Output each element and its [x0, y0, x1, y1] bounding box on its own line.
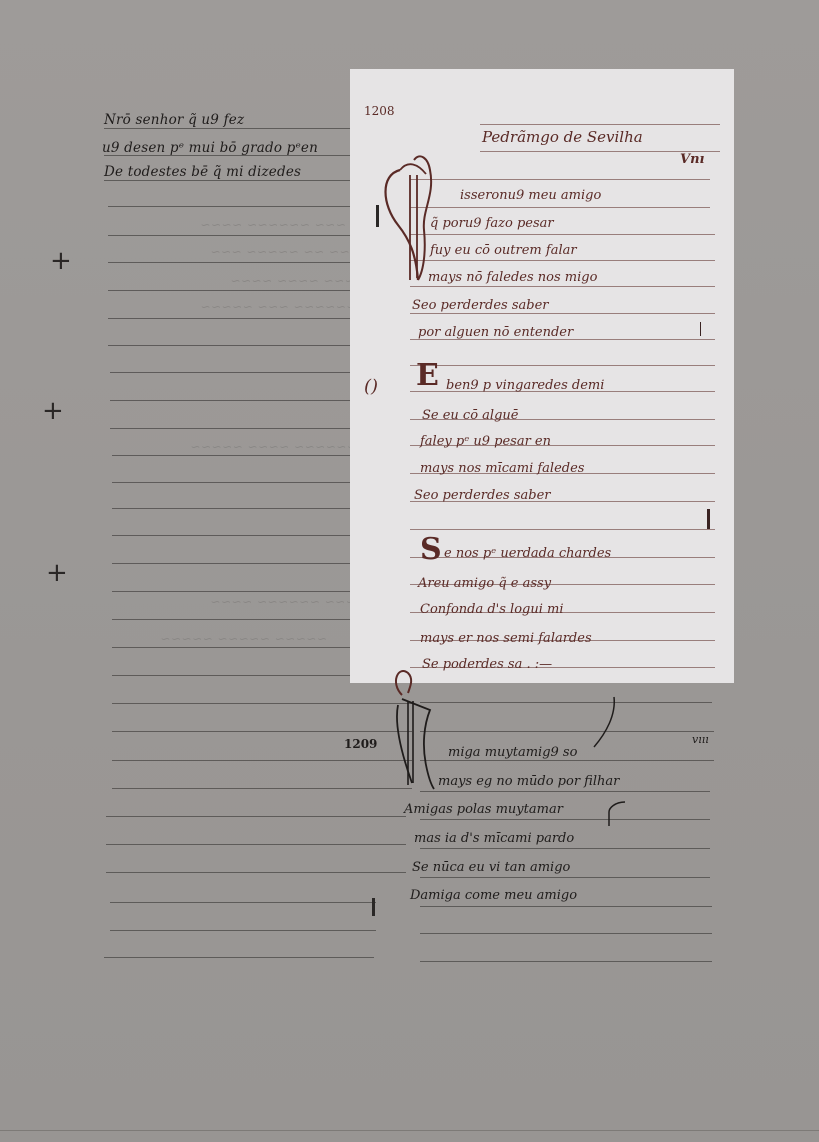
ruled-line — [112, 675, 353, 676]
ruled-line — [410, 286, 715, 287]
ruled-line — [420, 848, 710, 849]
ruled-line — [108, 235, 353, 236]
verse-line: Damiga come meu amigo — [410, 888, 577, 903]
ruled-line — [112, 591, 353, 592]
margin-cross-mark: + — [42, 398, 64, 424]
ruled-line — [480, 124, 720, 125]
verse-line: Seo perderdes saber — [412, 298, 549, 313]
ruled-line — [420, 702, 712, 703]
ruled-line — [104, 155, 354, 156]
stanza-initial: S — [420, 535, 442, 565]
ruled-line — [112, 760, 412, 761]
verse-line: mays nos mīcami faledes — [420, 461, 584, 476]
ruled-line — [108, 290, 353, 291]
ruled-line — [106, 816, 406, 817]
verse-line: faley pᵉ u9 pesar en — [420, 434, 551, 449]
margin-cross-mark: + — [46, 560, 68, 586]
bleed-through-text: ~~~ ~~~~~~ ~~~~ — [200, 218, 346, 232]
bleed-through-text: ~~~~~~ ~~~ ~~~~~ — [200, 300, 356, 314]
roman-numeral: vııı — [692, 733, 709, 746]
ruled-line — [104, 128, 354, 129]
paragraph-mark: () — [364, 376, 378, 397]
verse-line: isseronu9 meu amigo — [460, 188, 601, 203]
verse-line: mays er nos semi falardes — [420, 631, 592, 646]
manuscript-page: ~~~ ~~~~~~ ~~~~ ~~~~ ~~ ~~~~~ ~~~ ~~~~ ~… — [0, 0, 819, 1142]
bleed-through-text: ~~~~ ~~~~ ~~~~ — [230, 274, 365, 288]
verse-line: mas ia d's mīcami pardo — [414, 831, 574, 846]
poem-number: 1209 — [344, 737, 377, 751]
ruled-line — [110, 400, 353, 401]
bleed-through-text: ~~~ ~~~~~~ ~~~~ — [210, 595, 356, 609]
ruled-line — [410, 234, 715, 235]
verse-line: mays nō faledes nos migo — [428, 270, 597, 285]
decorated-initial-a — [380, 665, 440, 795]
ruled-line — [108, 262, 353, 263]
left-column-line: Nrō senhor q̃ u9 fez — [104, 112, 244, 128]
ruled-line — [110, 372, 353, 373]
ruled-line — [112, 455, 353, 456]
ruled-line — [104, 957, 374, 958]
ruled-line — [410, 365, 715, 366]
verse-line: Se poderdes sa . :— — [422, 657, 552, 672]
poem-author: Pedrãmgo de Sevilha — [482, 128, 643, 146]
ruled-line — [112, 482, 353, 483]
bleed-through-text: ~~~~~ ~~~~~ ~~~~~ — [160, 632, 327, 646]
ruled-line — [410, 313, 715, 314]
ruled-line — [420, 760, 714, 761]
ruled-line — [420, 877, 710, 878]
roman-numeral: Vnı — [680, 152, 704, 167]
left-column-line: De todestes bē q̃ mi dizedes — [104, 164, 301, 180]
ruled-line — [112, 731, 412, 732]
ruled-line — [420, 906, 712, 907]
margin-bracket — [376, 205, 379, 227]
ruled-line — [110, 930, 376, 931]
margin-bracket — [707, 509, 710, 529]
ruled-line — [108, 206, 353, 207]
ruled-line — [410, 529, 715, 530]
verse-line: Se eu cō alguē — [422, 408, 518, 423]
verse-line: Seo perderdes saber — [414, 488, 551, 503]
verse-line: por alguen nō entender — [418, 325, 573, 340]
poem-number: 1208 — [364, 104, 395, 118]
verse-line: e nos pᵉ uerdada chardes — [444, 546, 611, 561]
margin-flourish — [603, 800, 633, 830]
ruled-line — [420, 961, 712, 962]
ruled-line — [420, 731, 714, 732]
ruled-line — [112, 563, 353, 564]
verse-line: Areu amigo q̃ e assy — [418, 576, 551, 591]
ruled-line — [420, 819, 710, 820]
ruled-line — [112, 508, 353, 509]
margin-flourish — [590, 695, 620, 755]
margin-cross-mark: + — [50, 248, 72, 274]
verse-line: fuy eu cō outrem falar — [430, 243, 577, 258]
ruled-line — [108, 318, 353, 319]
verse-line: mays eg no mūdo por filhar — [438, 774, 619, 789]
stanza-initial: E — [416, 361, 439, 391]
ruled-line — [112, 535, 353, 536]
ruled-line — [112, 788, 412, 789]
bleed-through-text: ~~~~ ~~ ~~~~~ ~~~ — [210, 245, 371, 259]
ruled-line — [420, 933, 712, 934]
ruled-line — [410, 179, 710, 180]
ruled-line — [106, 872, 406, 873]
ruled-line — [112, 703, 412, 704]
ruled-line — [410, 207, 710, 208]
page-bottom-edge — [0, 1130, 819, 1131]
margin-bracket — [372, 898, 375, 916]
verse-line: Amigas polas muytamar — [404, 802, 563, 817]
verse-line: Se nūca eu vi tan amigo — [412, 860, 570, 875]
ruled-line — [410, 260, 715, 261]
ruled-line — [104, 180, 354, 181]
bleed-through-text: ~~~~~~ ~~~~ ~~~~~ — [190, 440, 357, 454]
ruled-line — [112, 619, 353, 620]
left-column-line: u9 desen pᵉ mui bō grado pᵉen — [102, 140, 318, 156]
verse-line: q̃ poru9 fazo pesar — [430, 216, 554, 231]
ruled-line — [108, 345, 353, 346]
ruled-line — [112, 647, 353, 648]
verse-line: ben9 p vingaredes demi — [446, 378, 604, 393]
decorated-initial-d — [380, 130, 440, 290]
ruled-line — [110, 902, 376, 903]
ruled-line — [110, 428, 353, 429]
margin-bracket — [700, 322, 701, 336]
verse-line: miga muytamig9 so — [448, 745, 577, 760]
ruled-line — [106, 844, 406, 845]
ruled-line — [420, 791, 710, 792]
verse-line: Confonda d's logui mi — [420, 602, 564, 617]
